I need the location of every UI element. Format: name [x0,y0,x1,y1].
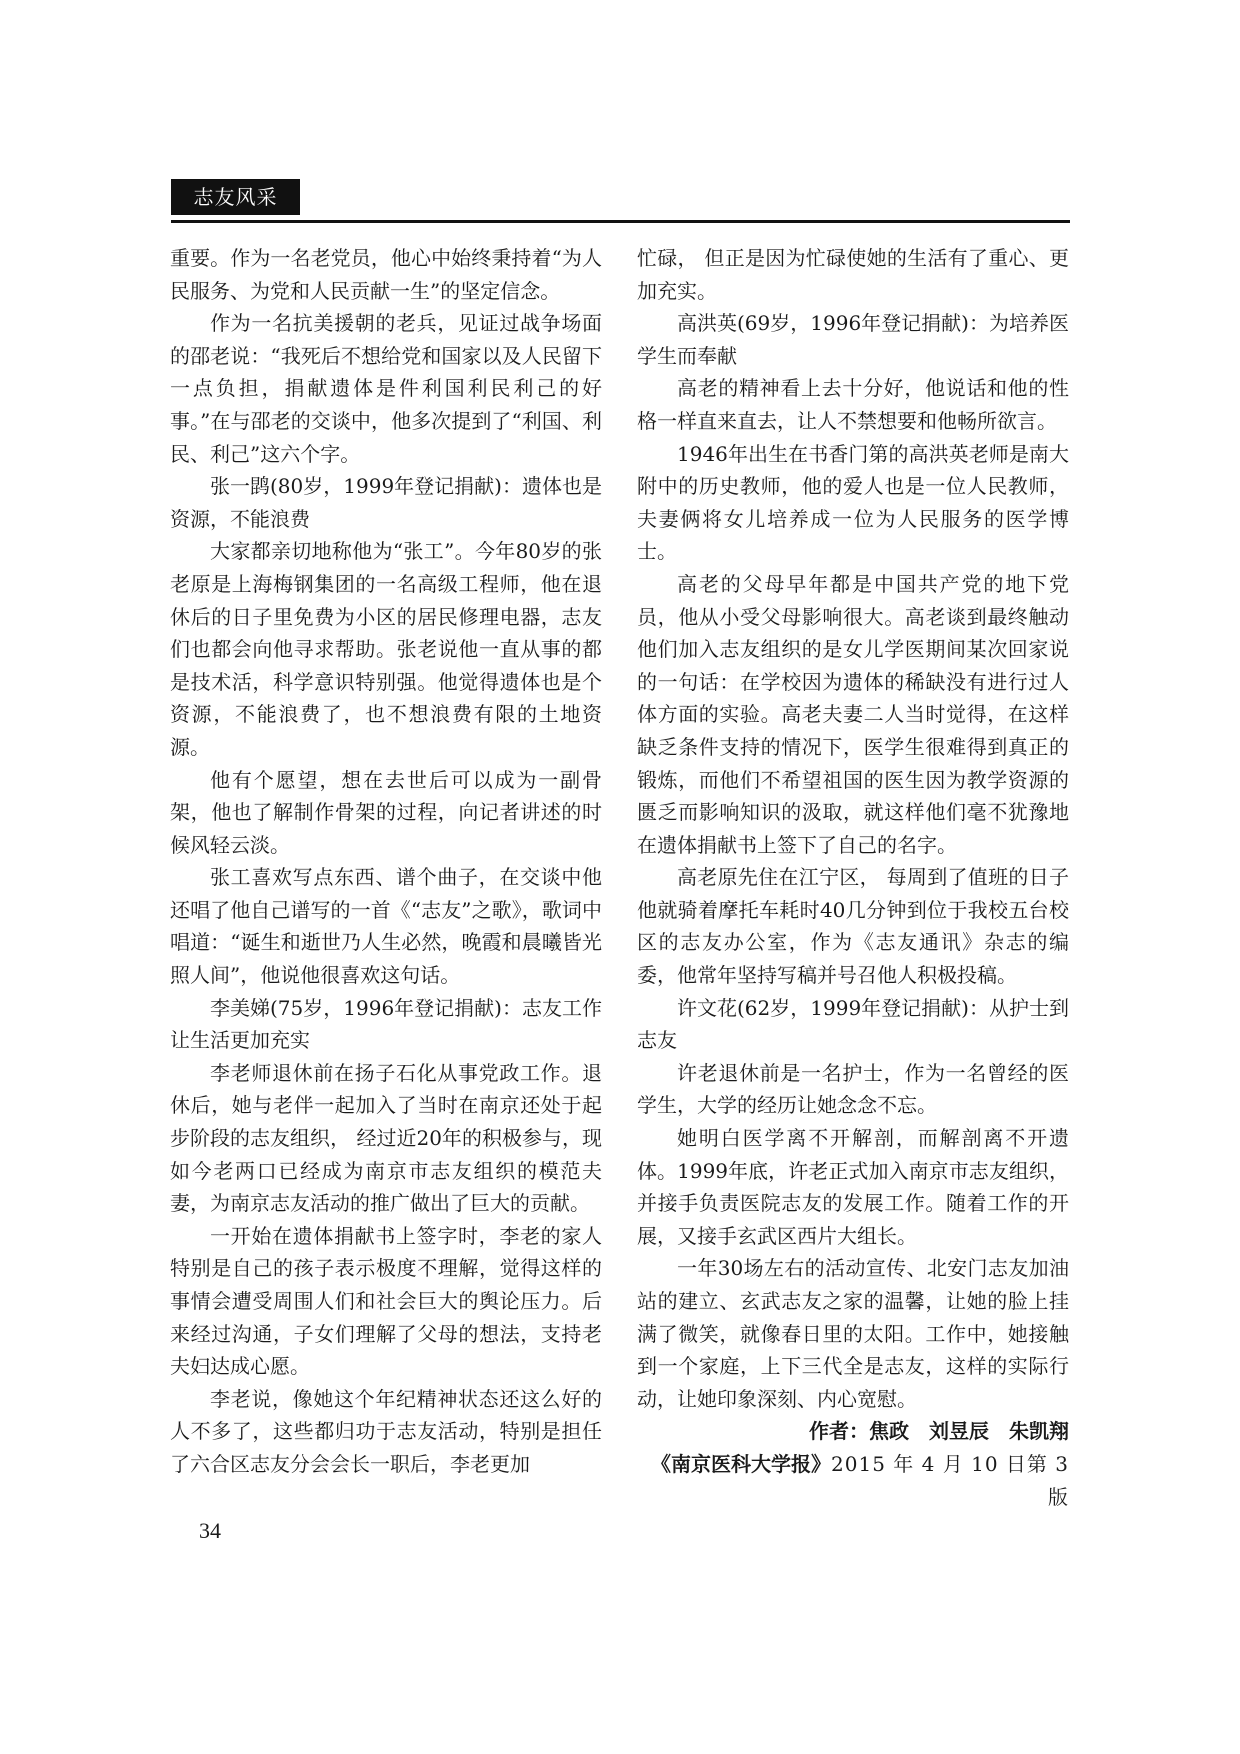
paragraph: 李老师退休前在扬子石化从事党政工作。退休后，她与老伴一起加入了当时在南京还处于起… [170,1057,602,1220]
author-byline: 作者：焦政 刘昱辰 朱凯翔 [637,1415,1069,1448]
paragraph: 李老说，像她这个年纪精神状态还这么好的人不多了，这些都归功于志友活动，特别是担任… [170,1383,602,1481]
source-paper-name: 《南京医科大学报》 [651,1452,831,1476]
paragraph: 一年30场左右的活动宣传、北安门志友加油站的建立、玄武志友之家的温馨，让她的脸上… [637,1252,1069,1415]
paragraph: 一开始在遗体捐献书上签字时，李老的家人特别是自己的孩子表示极度不理解，觉得这样的… [170,1220,602,1383]
paragraph: 忙碌， 但正是因为忙碌使她的生活有了重心、更加充实。 [637,242,1069,307]
paragraph: 作为一名抗美援朝的老兵，见证过战争场面的邵老说：“我死后不想给党和国家以及人民留… [170,307,602,470]
right-column: 忙碌， 但正是因为忙碌使她的生活有了重心、更加充实。 高洪英(69岁，1996年… [637,242,1069,1513]
subheading-zhang: 张一鹍(80岁，1999年登记捐献)：遗体也是资源，不能浪费 [170,470,602,535]
paragraph: 1946年出生在书香门第的高洪英老师是南大附中的历史教师，他的爱人也是一位人民教… [637,438,1069,568]
paragraph: 许老退休前是一名护士，作为一名曾经的医学生，大学的经历让她念念不忘。 [637,1057,1069,1122]
paragraph: 高老原先住在江宁区， 每周到了值班的日子他就骑着摩托车耗时40几分钟到位于我校五… [637,861,1069,991]
source-date: 2015 年 4 月 10 日第 3 版 [831,1452,1069,1509]
paragraph: 她明白医学离不开解剖，而解剖离不开遗体。1999年底，许老正式加入南京市志友组织… [637,1122,1069,1252]
paragraph: 重要。作为一名老党员，他心中始终秉持着“为人民服务、为党和人民贡献一生”的坚定信… [170,242,602,307]
page-number: 34 [199,1518,221,1544]
paragraph: 他有个愿望，想在去世后可以成为一副骨架，他也了解制作骨架的过程，向记者讲述的时候… [170,764,602,862]
paragraph: 大家都亲切地称他为“张工”。今年80岁的张老原是上海梅钢集团的一名高级工程师，他… [170,535,602,763]
left-column: 重要。作为一名老党员，他心中始终秉持着“为人民服务、为党和人民贡献一生”的坚定信… [170,242,602,1481]
paragraph: 张工喜欢写点东西、谱个曲子，在交谈中他还唱了他自己谱写的一首《“志友”之歌》，歌… [170,861,602,991]
section-tag: 志友风采 [171,179,300,215]
subheading-xu: 许文花(62岁，1999年登记捐献)：从护士到志友 [637,992,1069,1057]
subheading-li: 李美娣(75岁，1996年登记捐献)：志友工作让生活更加充实 [170,992,602,1057]
subheading-gao: 高洪英(69岁，1996年登记捐献)：为培养医学生而奉献 [637,307,1069,372]
source-citation: 《南京医科大学报》2015 年 4 月 10 日第 3 版 [637,1448,1069,1513]
paragraph: 高老的精神看上去十分好，他说话和他的性格一样直来直去，让人不禁想要和他畅所欲言。 [637,372,1069,437]
paragraph: 高老的父母早年都是中国共产党的地下党员，他从小受父母影响很大。高老谈到最终触动他… [637,568,1069,861]
header-rule [171,220,1070,223]
